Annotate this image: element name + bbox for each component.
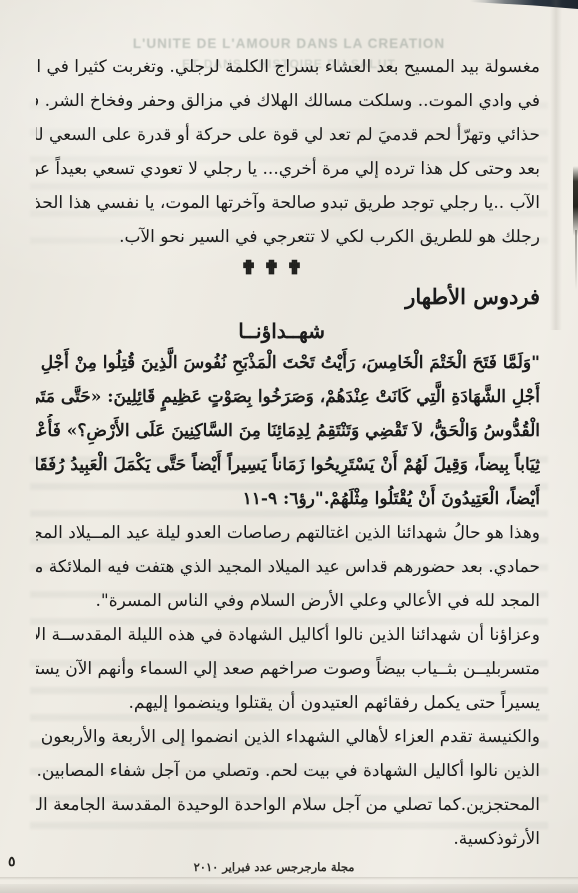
paragraph-article-ending: مغسولة بيد المسيح بعد العشاء بسراج الكلم… <box>36 50 540 254</box>
text-line: الذين نالوا أكاليل الشهادة في بيت لحم. و… <box>36 754 540 788</box>
scanned-magazine-page: L'UNITE DE L'AMOUR DANS LA CREATION ET D… <box>0 0 578 893</box>
text-line: في وادي الموت.. وسلكت مسالك الهلاك في مز… <box>36 84 540 118</box>
text-line: الْقُدُّوسُ وَالْحَقُّ، لاَ تَقْضِي وَتَ… <box>36 414 540 448</box>
text-line: حمادي. بعد حضورهم قداس عيد الميلاد المجي… <box>36 550 540 584</box>
section-subtitle: شهــداؤنــا <box>36 316 325 346</box>
scan-artifact-bottom-band <box>0 884 578 893</box>
triple-cross-ornament: ✟✟✟ <box>23 254 527 282</box>
scan-artifact-right-edge-faint <box>575 230 577 290</box>
text-line: مغسولة بيد المسيح بعد العشاء بسراج الكلم… <box>36 50 540 84</box>
footer-journal-title: مجلة مارجرجس عدد فبراير ٢٠١٠ <box>0 860 548 874</box>
bleedthrough-french-title: L'UNITE DE L'AMOUR DANS LA CREATION <box>0 36 578 51</box>
text-line: يسيراً حتى يكمل رفقائهم العتيدون أن يقتل… <box>36 686 540 720</box>
paragraph-martyrs-night: وهذا هو حالُ شهدائنا الذين اغتالتهم رصاص… <box>36 516 540 618</box>
text-line: حذائي وتهرّأ لحم قدميَ لم تعد لي قوة على… <box>36 118 540 152</box>
scan-artifact-right-edge <box>573 166 578 236</box>
text-line: المجد لله في الأعالي وعلي الأرض السلام و… <box>36 584 540 618</box>
text-line: الأرثوذكسية. <box>36 822 540 856</box>
text-line: المحتجزين.كما تصلي من آجل سلام الواحدة ا… <box>36 788 540 822</box>
text-line: الآب ..يا رجلي توجد طريق تبدو صالحة وآخر… <box>36 186 540 220</box>
text-line: بعد وحتى كل هذا ترده إلي مرة أخري... يا … <box>36 152 540 186</box>
text-line: رجلك هو للطريق الكرب لكي لا تتعرجي في ال… <box>36 220 540 254</box>
text-line: أَيْضاً، الْعَتِيدُونَ أَنْ يُقْتَلُوا م… <box>36 482 540 516</box>
section-title: فردوس الأطهار <box>36 282 540 312</box>
text-line: والكنيسة تقدم العزاء لأهالي الشهداء الذي… <box>36 720 540 754</box>
paragraph-church-condolences: والكنيسة تقدم العزاء لأهالي الشهداء الذي… <box>36 720 540 856</box>
text-line: متسربليــن بثــياب بيضاً وصوت صراخهم صعد… <box>36 652 540 686</box>
text-line: وهذا هو حالُ شهدائنا الذين اغتالتهم رصاص… <box>36 516 540 550</box>
text-line: وعزاؤنا أن شهدائنا الذين نالوا أكاليل ال… <box>36 618 540 652</box>
paragraph-consolation: وعزاؤنا أن شهدائنا الذين نالوا أكاليل ال… <box>36 618 540 720</box>
scripture-quote: "وَلَمَّا فَتَحَ الْخَتْمَ الْخَامِسَ، ر… <box>36 346 540 516</box>
text-line: ثِيَاباً بِيضاً، وَقِيلَ لَهُمْ أَنْ يَس… <box>36 448 540 482</box>
page-number: ٥ <box>8 854 16 870</box>
text-line: "وَلَمَّا فَتَحَ الْخَتْمَ الْخَامِسَ، ر… <box>36 346 540 380</box>
paper-crease-bottom <box>0 877 578 880</box>
text-line: أَجْلِ الشَّهَادَةِ الَّتِي كَانَتْ عِنْ… <box>36 380 540 414</box>
page-text-column: مغسولة بيد المسيح بعد العشاء بسراج الكلم… <box>36 50 540 856</box>
